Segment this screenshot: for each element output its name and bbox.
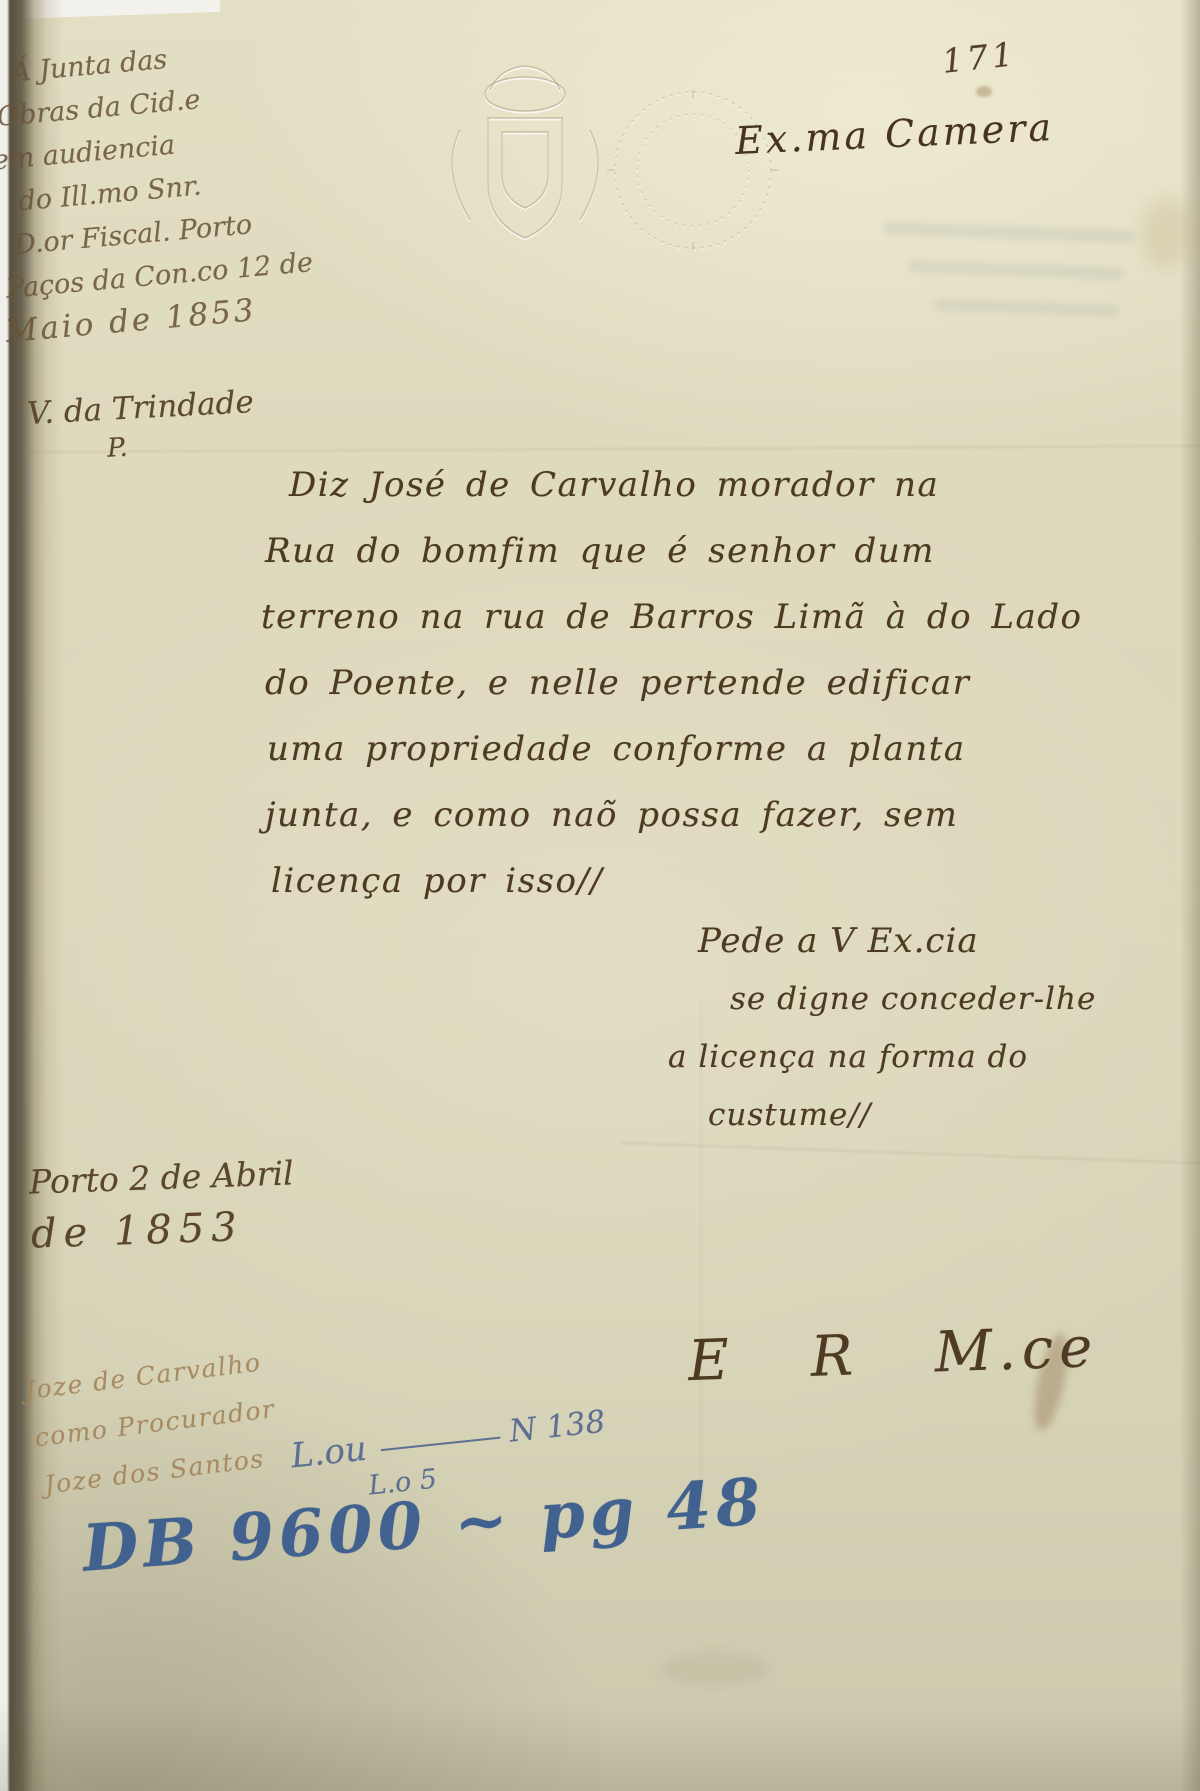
dateline-place-day: Porto 2 de Abril [28,1153,294,1201]
petition-line: se digne conceder-lhe [730,970,1096,1028]
body-line: junta, e como naõ possa fazer, sem [265,782,1082,848]
body-line: terreno na rua de Barros Limã à do Lado [261,584,1082,650]
page-right-edge [1180,0,1200,1791]
body-line: Diz José de Carvalho morador na [289,452,1082,518]
petition-line: custume// [708,1086,1096,1144]
reference-note: V. da Trindade P. [26,384,256,468]
body-line: Rua do bomfim que é senhor dum [265,518,1082,584]
body-line: uma propriedade conforme a planta [267,716,1082,782]
body-line: licença por isso// [271,848,1082,914]
petition-line: Pede a V Ex.cia [698,912,1096,970]
dateline-year: de 1853 [30,1202,296,1257]
margin-dispatch-note: Á Junta das Obras da Cid.e em audiencia … [0,27,318,354]
registry-dash [381,1437,501,1452]
dateline: Porto 2 de Abril de 1853 [28,1153,296,1257]
folio-number: 171 [940,34,1019,81]
petition-line: a licença na forma do [668,1028,1096,1086]
body-line: do Poente, e nelle pertende edificar [265,650,1082,716]
ink-stain [976,86,992,97]
registry-label: L.ou [289,1429,369,1477]
page-bottom-shade [0,1701,1200,1791]
signature-block: Joze de Carvalho como Procurador Joze do… [22,1338,284,1511]
round-wreath-seal-icon [598,78,788,263]
paper-stain [1142,198,1190,268]
petition-body: Diz José de Carvalho morador na Rua do b… [265,452,1082,914]
manuscript-page: 171 Á Junta das Obras da Cid.e em audien… [0,0,1200,1791]
petition-request: Pede a V Ex.cia se digne conceder-lhe a … [660,912,1096,1144]
paper-stain [660,1652,770,1686]
